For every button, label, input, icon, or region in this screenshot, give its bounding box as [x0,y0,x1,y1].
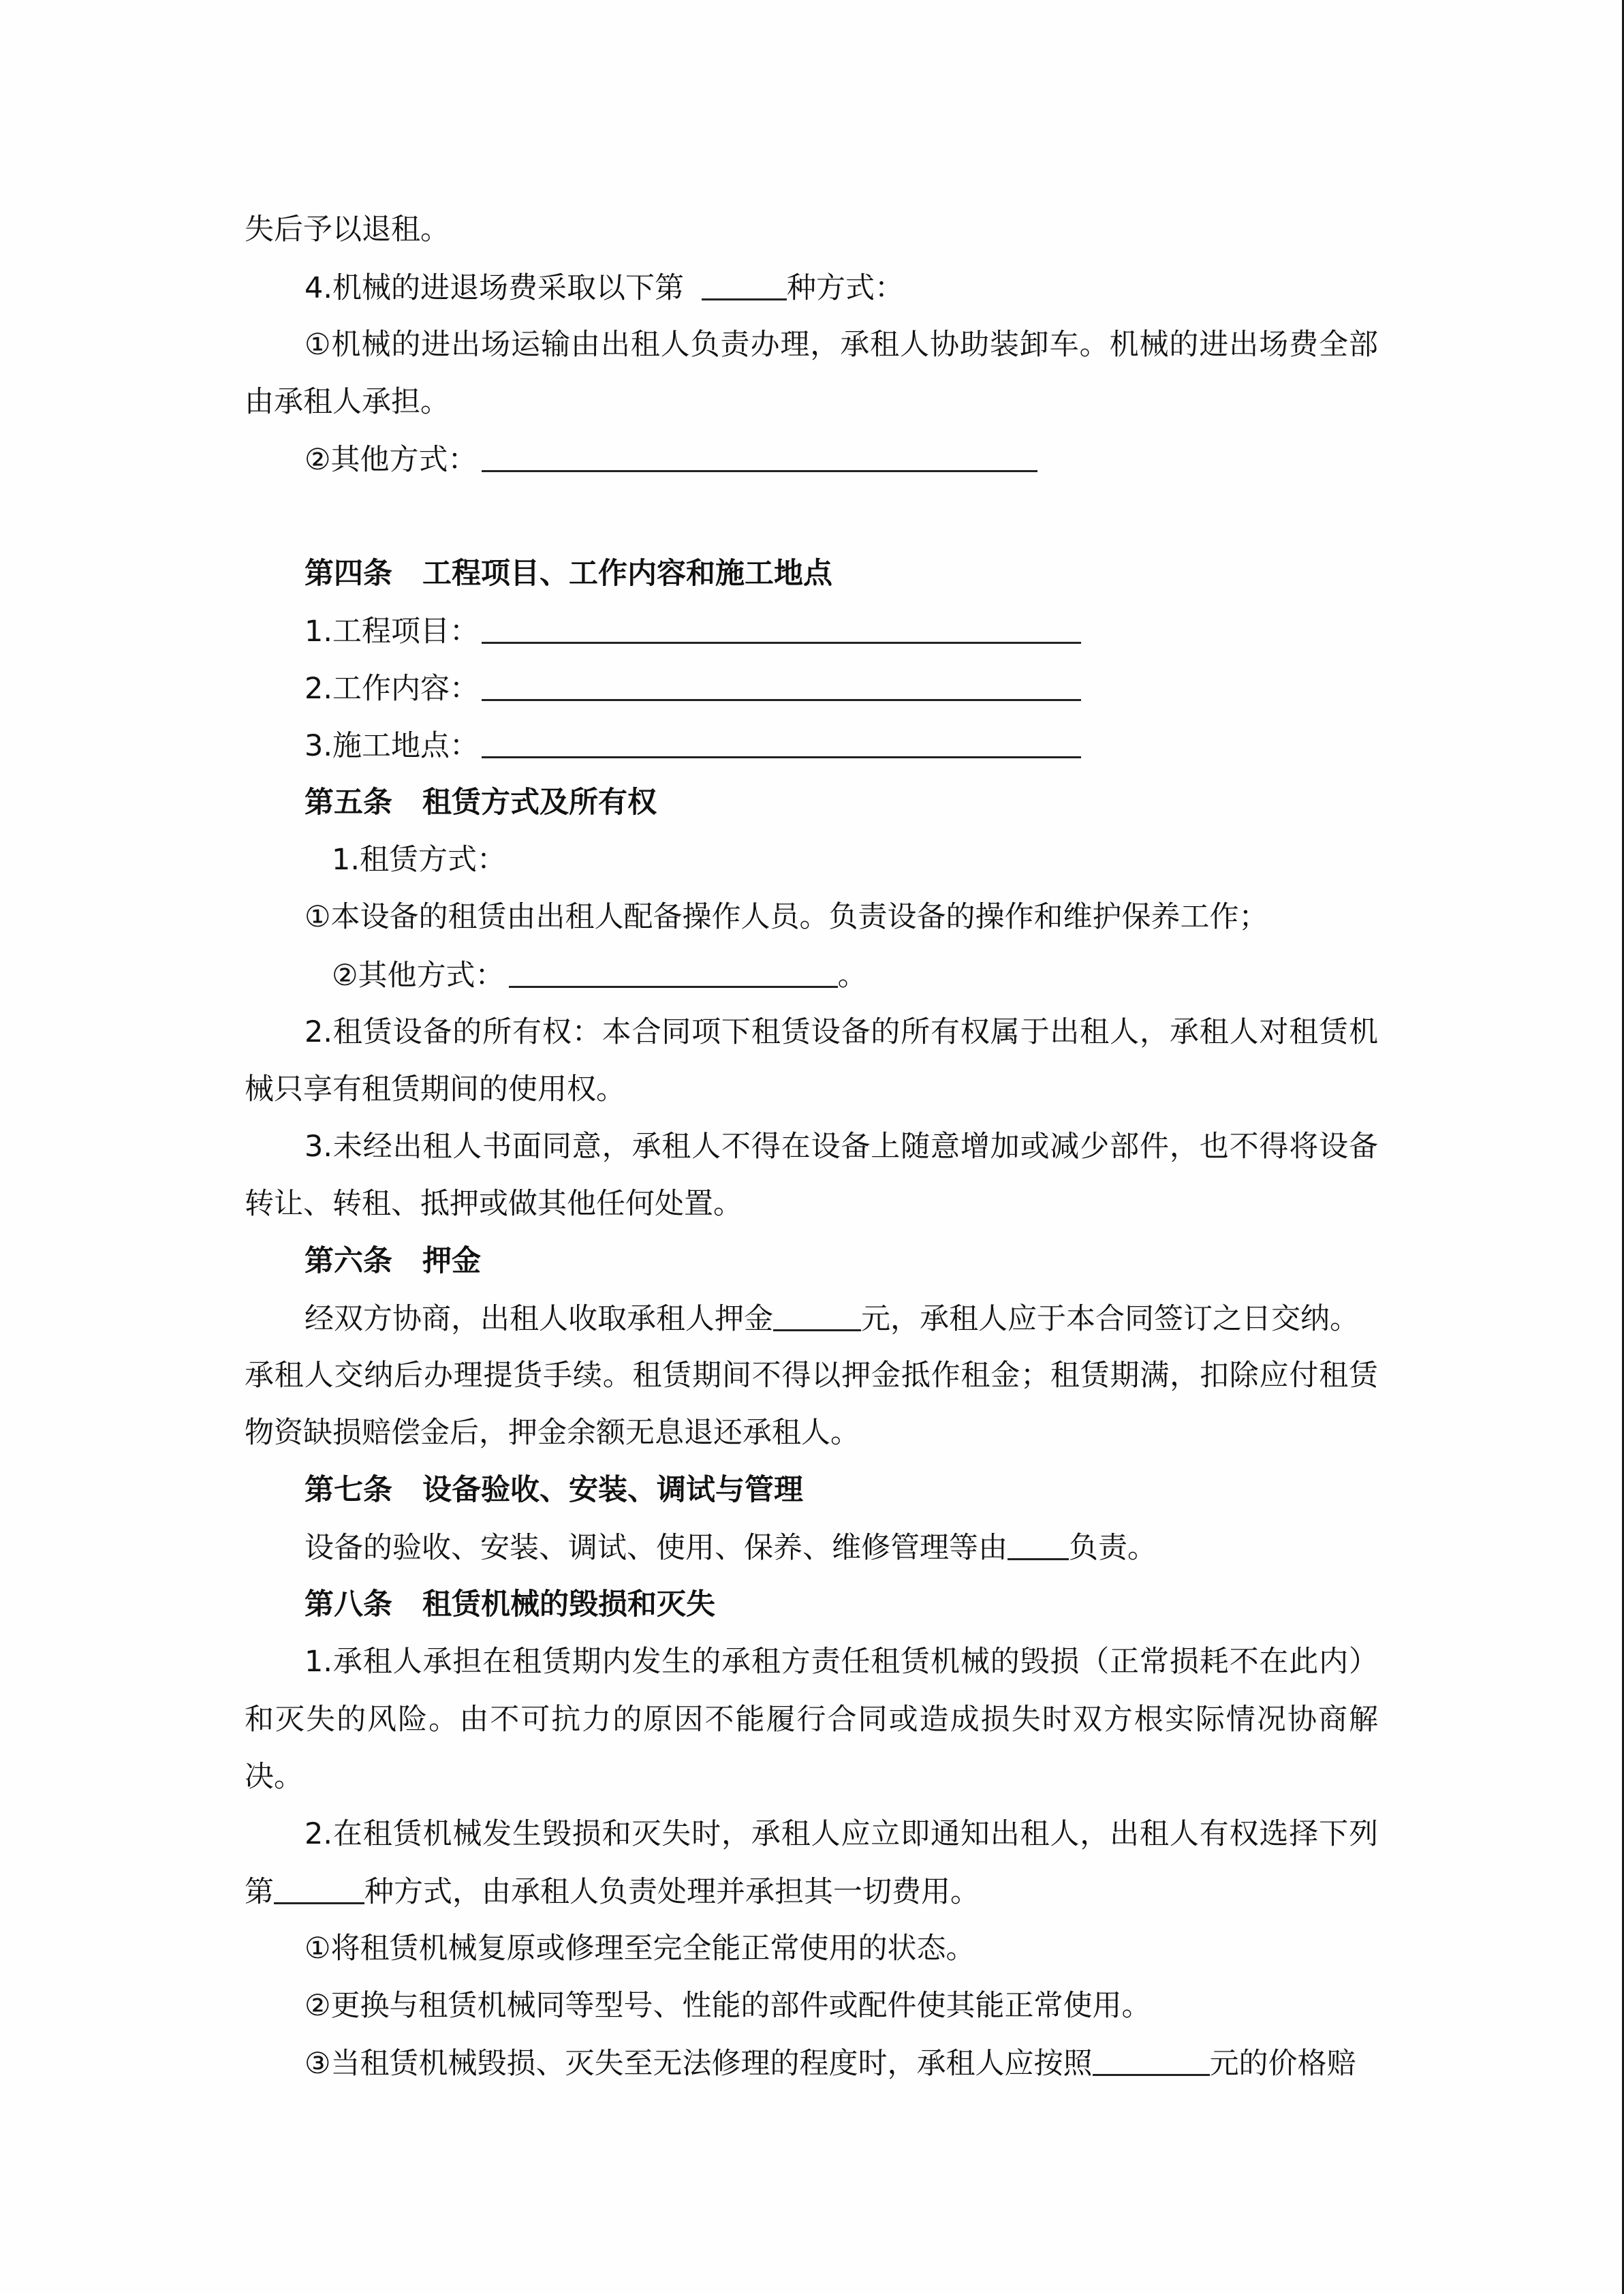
text: 2.工作内容： [304,672,479,706]
article-8-heading: 第八条租赁机械的毁损和灭失 [304,1584,715,1625]
text: 4.机械的进退场费采取以下第 [304,271,684,305]
article-number: 第四条 [304,557,392,591]
text: 负责。 [1069,1531,1157,1565]
article-4-item-3: 3.施工地点： [304,725,1081,766]
text: ③当租赁机械毁损、灭失至无法修理的程度时，承租人应按照 [304,2047,1093,2081]
article-title: 工程项目、工作内容和施工地点 [422,557,832,591]
article-title: 押金 [422,1244,481,1278]
text: 元，承租人应于本合同签订之日交纳。 [861,1302,1359,1336]
text: 1.承租人承担在租赁期内发生的承租方责任租赁机械的毁损（正常损耗不在此内） [304,1645,1378,1679]
article-5-item-2-cont: 械只享有租赁期间的使用权。 [245,1069,625,1110]
article-number: 第五条 [304,786,392,820]
text: 3.施工地点： [304,729,479,763]
text: 元的价格赔 [1210,2047,1356,2081]
clause-3-4-option-1: ①机械的进出场运输由出租人负责办理，承租人协助装卸车。机械的进出场费全部 [304,324,1378,365]
text: 1.租赁方式： [332,843,506,877]
fill-blank-other-method[interactable] [482,439,1037,472]
article-8-item-1-cont: 和灭失的风险。由不可抗力的原因不能履行合同或造成损失时双方根实际情况协商解 [245,1699,1378,1740]
text: 设备的验收、安装、调试、使用、保养、维修管理等由 [304,1531,1008,1565]
text: 。 [838,959,867,993]
text: 3.未经出租人书面同意，承租人不得在设备上随意增加或减少部件，也不得将设备 [304,1130,1378,1164]
text: 2.租赁设备的所有权：本合同项下租赁设备的所有权属于出租人，承租人对租赁机 [304,1015,1378,1049]
paragraph-line: 失后予以退租。 [245,209,450,250]
article-8-item-1: 1.承租人承担在租赁期内发生的承租方责任租赁机械的毁损（正常损耗不在此内） [304,1641,1378,1682]
article-5-item-2: 2.租赁设备的所有权：本合同项下租赁设备的所有权属于出租人，承租人对租赁机 [304,1012,1378,1053]
article-8-option-3: ③当租赁机械毁损、灭失至无法修理的程度时，承租人应按照元的价格赔 [304,2043,1356,2083]
fill-blank-other-lease-method[interactable] [509,955,838,988]
text: 转让、转租、抵押或做其他任何处置。 [245,1187,743,1221]
text: 经双方协商，出租人收取承租人押金 [304,1302,773,1336]
text: ①本设备的租赁由出租人配备操作人员。负责设备的操作和维护保养工作； [304,900,1268,934]
article-6-heading: 第六条押金 [304,1241,481,1282]
fill-blank-work-content[interactable] [482,668,1081,701]
clause-3-4-option-1-cont: 由承租人承担。 [245,382,450,422]
article-8-item-2-cont: 第种方式，由承租人负责处理并承担其一切费用。 [245,1871,980,1912]
text: 和灭失的风险。由不可抗力的原因不能履行合同或造成损失时双方根实际情况协商解 [245,1703,1378,1737]
article-5-item-1-option-2: ②其他方式：。 [332,955,867,995]
text: 第 [245,1875,274,1909]
text: ②其他方式： [332,959,505,993]
text: 械只享有租赁期间的使用权。 [245,1072,625,1106]
article-number: 第八条 [304,1587,392,1622]
article-number: 第六条 [304,1244,392,1278]
article-5-heading: 第五条租赁方式及所有权 [304,782,657,823]
article-4-heading: 第四条工程项目、工作内容和施工地点 [304,553,832,594]
text: 决。 [245,1760,303,1794]
text: 种方式，由承租人负责处理并承担其一切费用。 [364,1875,980,1909]
fill-blank-handling-choice[interactable] [274,1871,364,1904]
fill-blank-responsible-party[interactable] [1008,1527,1069,1560]
article-7-paragraph: 设备的验收、安装、调试、使用、保养、维修管理等由负责。 [304,1527,1157,1568]
fill-blank-method-choice[interactable] [702,267,787,300]
text: 失后予以退租。 [245,213,450,247]
text: ②更换与租赁机械同等型号、性能的部件或配件使其能正常使用。 [304,1989,1151,2023]
text: 承租人交纳后办理提货手续。租赁期间不得以押金抵作租金；租赁期满，扣除应付租赁 [245,1359,1378,1393]
fill-blank-deposit-amount[interactable] [773,1298,861,1331]
article-5-item-1-option-1: ①本设备的租赁由出租人配备操作人员。负责设备的操作和维护保养工作； [304,897,1268,937]
article-title: 租赁机械的毁损和灭失 [422,1587,715,1622]
article-4-item-1: 1.工程项目： [304,610,1081,651]
fill-blank-project[interactable] [482,610,1081,644]
article-6-paragraph-cont: 物资缺损赔偿金后，押金余额无息退还承租人。 [245,1412,860,1453]
article-title: 租赁方式及所有权 [422,786,657,820]
text: 由承租人承担。 [245,385,450,419]
article-5-item-3: 3.未经出租人书面同意，承租人不得在设备上随意增加或减少部件，也不得将设备 [304,1126,1378,1167]
text: 种方式： [787,271,904,305]
article-8-option-1: ①将租赁机械复原或修理至完全能正常使用的状态。 [304,1928,975,1969]
article-title: 设备验收、安装、调试与管理 [422,1473,803,1507]
clause-3-4: 4.机械的进退场费采取以下第种方式： [304,267,904,308]
article-number: 第七条 [304,1473,392,1507]
article-4-item-2: 2.工作内容： [304,668,1081,709]
article-6-paragraph-cont: 承租人交纳后办理提货手续。租赁期间不得以押金抵作租金；租赁期满，扣除应付租赁 [245,1355,1378,1396]
article-6-paragraph: 经双方协商，出租人收取承租人押金元，承租人应于本合同签订之日交纳。 [304,1298,1359,1339]
clause-3-4-option-2: ②其他方式： [304,439,1037,480]
text: ②其他方式： [304,443,478,477]
fill-blank-compensation-price[interactable] [1093,2043,1210,2076]
text: 物资缺损赔偿金后，押金余额无息退还承租人。 [245,1416,860,1450]
article-7-heading: 第七条设备验收、安装、调试与管理 [304,1470,803,1510]
text: ①机械的进出场运输由出租人负责办理，承租人协助装卸车。机械的进出场费全部 [304,328,1378,362]
article-8-item-2: 2.在租赁机械发生毁损和灭失时，承租人应立即通知出租人，出租人有权选择下列 [304,1814,1378,1855]
article-8-item-1-cont: 决。 [245,1756,303,1797]
text: 1.工程项目： [304,615,479,649]
article-8-option-2: ②更换与租赁机械同等型号、性能的部件或配件使其能正常使用。 [304,1985,1151,2026]
article-5-item-3-cont: 转让、转租、抵押或做其他任何处置。 [245,1183,743,1224]
fill-blank-site[interactable] [482,725,1081,758]
contract-page: 失后予以退租。 4.机械的进退场费采取以下第种方式： ①机械的进出场运输由出租人… [0,0,1624,2294]
text: ①将租赁机械复原或修理至完全能正常使用的状态。 [304,1932,975,1966]
text: 2.在租赁机械发生毁损和灭失时，承租人应立即通知出租人，出租人有权选择下列 [304,1817,1378,1851]
article-5-item-1: 1.租赁方式： [332,839,506,880]
